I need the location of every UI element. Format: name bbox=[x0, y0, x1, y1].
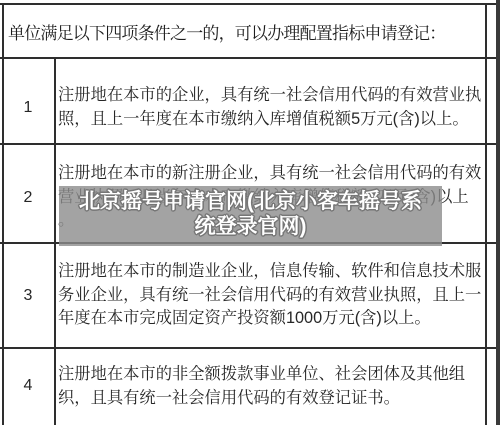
table-header-title: 单位满足以下四项条件之一的，可以办理配置指标申请登记： bbox=[8, 23, 445, 45]
row-divider-3-4 bbox=[0, 347, 496, 349]
row-number-1: 1 bbox=[2, 99, 54, 116]
condition-text-3: 注册地在本市的制造业企业，信息传输、软件和信息技术服 务业企业，具有统一社会信用… bbox=[58, 260, 481, 331]
header-bottom-line bbox=[0, 57, 496, 59]
condition-text-4: 注册地在本市的非全额拨款事业单位、社会团体及其他组 织，且具有统一社会信用代码的… bbox=[58, 363, 465, 410]
watermark-overlay: 北京摇号申请官网(北京小客车摇号系 统登录官网) bbox=[59, 186, 442, 246]
document-page: 单位满足以下四项条件之一的，可以办理配置指标申请登记： 1 2 3 4 注册地在… bbox=[0, 0, 500, 425]
row-number-3: 3 bbox=[2, 287, 54, 304]
table-border-top bbox=[0, 3, 496, 5]
screen-edge-strip bbox=[496, 0, 500, 425]
row-number-2: 2 bbox=[2, 189, 54, 206]
row-number-4: 4 bbox=[2, 377, 54, 394]
watermark-text-line1: 北京摇号申请官网(北京小客车摇号系 bbox=[59, 189, 442, 214]
row-divider-1-2 bbox=[0, 143, 496, 145]
condition-text-1: 注册地在本市的企业，具有统一社会信用代码的有效营业执 照，且上一年度在本市缴纳入… bbox=[58, 84, 481, 131]
watermark-text-line2: 统登录官网) bbox=[59, 214, 442, 239]
table-border-right bbox=[485, 3, 487, 425]
table-border-left bbox=[2, 3, 4, 425]
number-column-divider bbox=[54, 57, 56, 425]
